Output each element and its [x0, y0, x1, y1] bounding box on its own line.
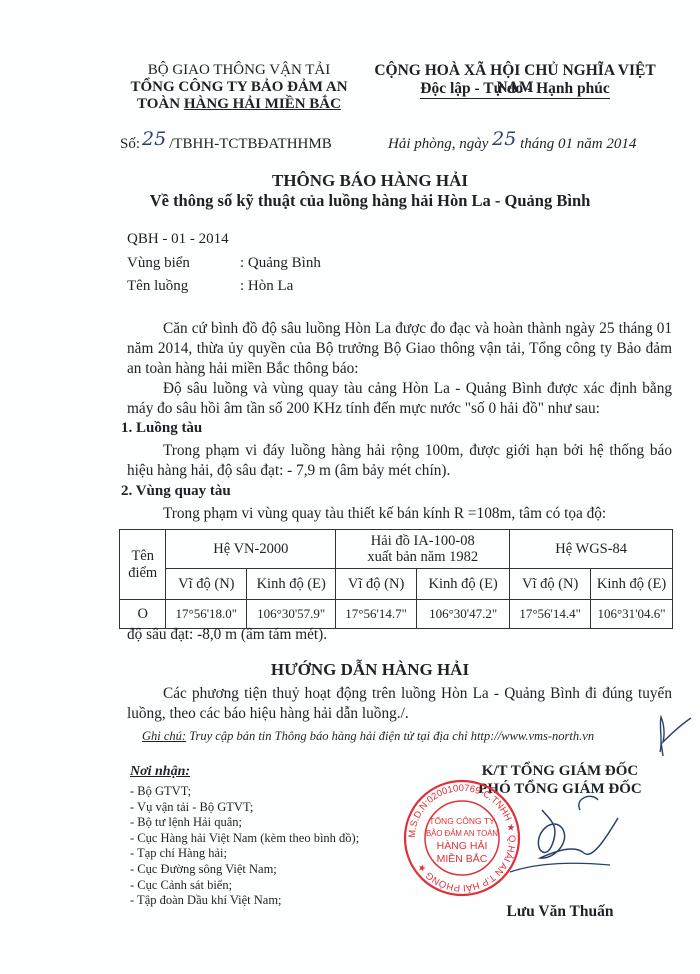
section-2-text: Trong phạm vi vùng quay tàu thiết kế bán…	[127, 504, 672, 524]
section-1-heading: 1. Luồng tàu	[121, 420, 202, 437]
header-system-chart-ia: Hải đồ IA-100-08 xuất bản năm 1982	[336, 530, 510, 569]
handwritten-initial-icon	[655, 712, 695, 757]
issue-date: Hải phòng, ngày 25 tháng 01 năm 2014	[388, 131, 636, 153]
date-prefix: Hải phòng, ngày	[388, 136, 488, 152]
coordinates-table: Tên điểm Hệ VN-2000 Hải đồ IA-100-08 xuấ…	[119, 529, 673, 629]
handwritten-day: 25	[492, 128, 516, 150]
motto-text: Độc lập - Tự do - Hạnh phúc	[420, 80, 609, 99]
reference-code: /TBHH-TCTBĐATHHMB	[169, 136, 332, 152]
handwritten-number: 25	[142, 128, 166, 150]
national-motto: Độc lập - Tự do - Hạnh phúc	[360, 80, 670, 97]
header-chart-line1: Hải đồ IA-100-08	[336, 533, 509, 549]
paragraph-basis: Căn cứ bình đồ độ sâu luồng Hòn La được …	[127, 319, 672, 379]
notice-code: QBH - 01 - 2014	[127, 231, 229, 248]
field-value-sea-area: : Quảng Bình	[240, 255, 321, 272]
date-suffix: tháng 01 năm 2014	[520, 136, 636, 152]
document-title: THÔNG BÁO HÀNG HẢI	[100, 171, 640, 191]
company-name-prefix: TOÀN	[137, 96, 184, 112]
list-item: - Tạp chí Hàng hải;	[130, 846, 359, 862]
list-item: - Bộ GTVT;	[130, 784, 359, 800]
subheader-lon: Kinh độ (E)	[416, 569, 509, 600]
turning-basin-depth: độ sâu đạt: -8,0 m (âm tám mét).	[127, 625, 672, 645]
subheader-lon: Kinh độ (E)	[247, 569, 336, 600]
header-point-name: Tên điểm	[120, 530, 166, 600]
reference-label: Số:	[120, 136, 140, 152]
note: Ghi chú: Truy cập bản tin Thông báo hàng…	[142, 729, 594, 744]
header-system-wgs84: Hệ WGS-84	[510, 530, 673, 569]
field-label-sea-area: Vùng biển	[127, 255, 190, 272]
guidance-heading: HƯỚNG DẪN HÀNG HẢI	[100, 660, 640, 680]
guidance-text: Các phương tiện thuỷ hoạt động trên luồn…	[127, 684, 672, 724]
recipients-list: - Bộ GTVT; - Vụ vận tải - Bộ GTVT; - Bộ …	[130, 784, 359, 909]
list-item: - Tập đoàn Dầu khí Việt Nam;	[130, 893, 359, 909]
subheader-lon: Kinh độ (E)	[591, 569, 673, 600]
header-chart-line2: xuất bản năm 1982	[336, 549, 509, 565]
field-value-channel: : Hòn La	[240, 278, 293, 295]
table-header-row: Tên điểm Hệ VN-2000 Hải đồ IA-100-08 xuấ…	[120, 530, 673, 569]
recipients-heading: Nơi nhận:	[130, 764, 190, 780]
list-item: - Cục Cảnh sát biển;	[130, 878, 359, 894]
subheader-lat: Vĩ độ (N)	[336, 569, 417, 600]
company-name-underlined: HÀNG HẢI MIỀN BẮC	[184, 96, 341, 112]
note-label: Ghi chú:	[142, 729, 186, 743]
field-label-channel: Tên luồng	[127, 278, 188, 295]
signer-name: Lưu Văn Thuấn	[470, 903, 650, 921]
header-system-vn2000: Hệ VN-2000	[166, 530, 336, 569]
list-item: - Cục Đường sông Việt Nam;	[130, 862, 359, 878]
list-item: - Vụ vận tải - Bộ GTVT;	[130, 800, 359, 816]
note-text: Truy cập bản tin Thông báo hàng hải điện…	[186, 729, 594, 743]
section-2-heading: 2. Vùng quay tàu	[121, 483, 231, 500]
list-item: - Cục Hàng hải Việt Nam (kèm theo bình đ…	[130, 831, 359, 847]
subheader-lat: Vĩ độ (N)	[510, 569, 591, 600]
document-subtitle: Về thông số kỹ thuật của luồng hàng hải …	[100, 191, 640, 211]
table-subheader-row: Vĩ độ (N) Kinh độ (E) Vĩ độ (N) Kinh độ …	[120, 569, 673, 600]
subheader-lat: Vĩ độ (N)	[166, 569, 247, 600]
paragraph-measurement: Độ sâu luồng và vùng quay tàu cảng Hòn L…	[127, 379, 672, 419]
company-name-line2: TOÀN HÀNG HẢI MIỀN BẮC	[120, 96, 358, 113]
company-name-line1: TỔNG CÔNG TY BẢO ĐẢM AN	[120, 79, 358, 96]
section-1-text: Trong phạm vi đáy luồng hàng hải rộng 10…	[127, 441, 672, 481]
reference-number: Số:25/TBHH-TCTBĐATHHMB	[120, 131, 332, 153]
ministry-name: BỘ GIAO THÔNG VẬN TẢI	[120, 62, 358, 79]
list-item: - Bộ tư lệnh Hải quân;	[130, 815, 359, 831]
handwritten-signature-icon	[480, 790, 640, 880]
